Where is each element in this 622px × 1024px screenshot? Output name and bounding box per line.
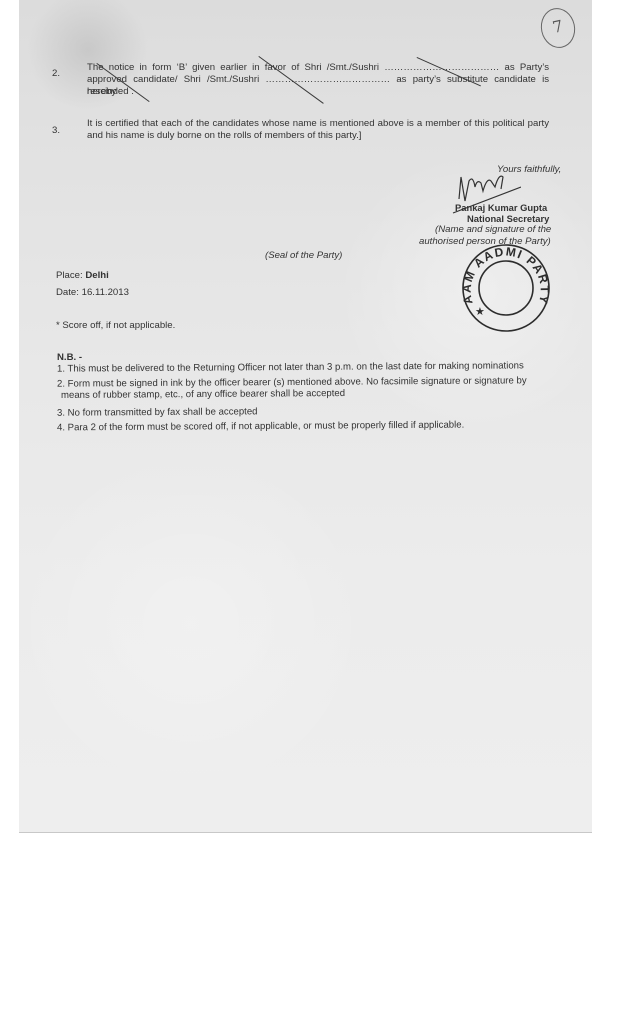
- page-number-mark: 7: [537, 5, 579, 51]
- date-row: Date: 16.11.2013: [56, 287, 129, 299]
- closing-text: Yours faithfully,: [497, 164, 561, 176]
- nb-heading: N.B. -: [57, 352, 82, 364]
- para2-line1: The notice in form ‘B’ given earlier in …: [87, 62, 549, 74]
- place-value: Delhi: [85, 270, 108, 281]
- seal-caption: (Seal of the Party): [265, 250, 342, 262]
- date-label: Date:: [56, 287, 79, 298]
- date-value: 16.11.2013: [82, 287, 129, 298]
- para3-line1: It is certified that each of the candida…: [87, 118, 549, 130]
- nb-item-4: 4. Para 2 of the form must be scored off…: [57, 420, 464, 435]
- scanned-document-page: 7 2. The notice in form ‘B’ given earlie…: [19, 0, 592, 833]
- nb-item-2-cont: means of rubber stamp, etc., of any offi…: [61, 388, 345, 402]
- footnote: * Score off, if not applicable.: [56, 320, 175, 332]
- place-label: Place:: [56, 270, 83, 281]
- para2-number: 2.: [52, 68, 60, 79]
- para3-line2: and his name is duly borne on the rolls …: [87, 130, 361, 142]
- signatory-note-line1: (Name and signature of the: [435, 224, 551, 236]
- party-seal-stamp: AAM AADMI PARTY ★: [461, 243, 551, 333]
- para3-number: 3.: [52, 125, 60, 136]
- svg-text:AAM AADMI PARTY: AAM AADMI PARTY: [461, 244, 551, 306]
- nb-item-1: 1. This must be delivered to the Returni…: [57, 360, 524, 375]
- nb-item-3: 3. No form transmitted by fax shall be a…: [57, 406, 258, 419]
- place-row: Place: Delhi: [56, 270, 109, 282]
- para2-line3: rescinded .: [87, 86, 134, 98]
- seal-text: AAM AADMI PARTY: [461, 244, 551, 306]
- svg-text:★: ★: [475, 306, 485, 318]
